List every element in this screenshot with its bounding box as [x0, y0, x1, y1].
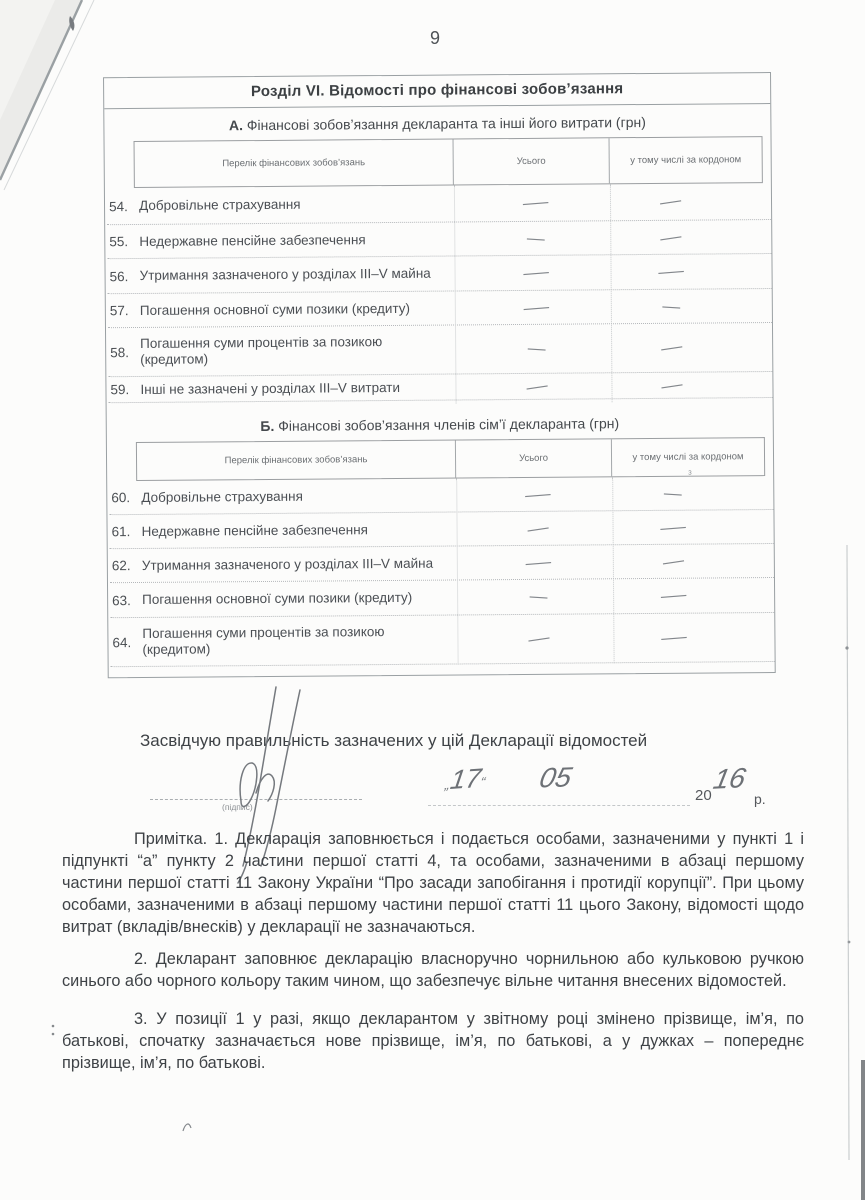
- handwritten-dash: —: [522, 267, 548, 279]
- row-label: Добровільне страхування: [135, 195, 457, 214]
- table-a-rows: 54. Добровільне страхування — — 55. Неде…: [107, 183, 773, 403]
- table-row: 54. Добровільне страхування — —: [107, 183, 771, 225]
- handwritten-dash: —: [659, 521, 685, 533]
- right-edge-speck: [845, 646, 848, 649]
- row-number: 54.: [107, 198, 135, 213]
- date-month-handwritten: 05: [536, 761, 574, 794]
- row-label-text: Недержавне пенсійне забезпечення: [142, 522, 368, 539]
- handwritten-dash: —: [523, 301, 549, 313]
- row-number: 57.: [108, 303, 136, 318]
- table-b-header: Перелік фінансових зобов’язань Усього у …: [136, 437, 765, 481]
- row-number: 59.: [108, 382, 136, 397]
- table-row: 55. Недержавне пенсійне забезпечення — —: [107, 220, 771, 259]
- row-label-text: Інші не зазначені у розділах III–V витра…: [140, 379, 400, 396]
- row-number: 61.: [110, 524, 138, 539]
- bottom-pen-tick: [183, 1124, 191, 1131]
- notes-block: Примітка. 1. Декларація заповнюється і п…: [62, 828, 804, 1074]
- corner-speck: [69, 16, 74, 31]
- table-row: 62. Утримання зазначеного у розділах III…: [110, 544, 774, 583]
- row-label-text: Утримання зазначеного у розділах III–V м…: [142, 555, 433, 572]
- total-cell: —: [457, 197, 613, 208]
- section-title: Розділ VI. Відомості про фінансові зобов…: [104, 73, 770, 109]
- total-cell: —: [460, 633, 616, 644]
- row-label-line2: (кредитом): [140, 349, 458, 367]
- abroad-cell: —: [616, 555, 774, 566]
- column-header-list: Перелік фінансових зобов’язань: [137, 440, 456, 480]
- table-row: 63. Погашення основної суми позики (кред…: [110, 578, 774, 618]
- abroad-cell: —: [614, 379, 772, 390]
- right-edge-speck-2: [848, 941, 851, 944]
- date-day-value: 17: [448, 763, 483, 795]
- row-label: Утримання зазначеного у розділах III–V м…: [138, 555, 460, 574]
- row-label-text: Погашення суми процентів за позикою: [140, 334, 382, 351]
- row-label: Погашення основної суми позики (кредиту): [138, 589, 460, 608]
- part-a-title-text: Фінансові зобов’язання декларанта та інш…: [247, 114, 646, 133]
- note-paragraph-3: 3. У позиції 1 у разі, якщо декларантом …: [62, 1008, 804, 1074]
- corner-fold-shadow: [0, 0, 82, 180]
- abroad-cell: —: [616, 590, 774, 601]
- date-close-quote: “: [479, 774, 486, 790]
- handwritten-dash: —: [525, 380, 547, 393]
- total-cell: —: [460, 523, 616, 534]
- handwritten-dash: —: [662, 301, 680, 312]
- date-year-handwritten: 16: [711, 762, 749, 796]
- row-label: Недержавне пенсійне забезпечення: [138, 521, 460, 540]
- handwritten-dash: —: [522, 197, 548, 209]
- row-number: 55.: [107, 234, 135, 249]
- handwritten-dash: —: [529, 591, 547, 602]
- right-edge-line: [847, 545, 849, 1160]
- total-cell: —: [457, 233, 613, 244]
- row-number: 62.: [110, 558, 138, 573]
- abroad-cell: —: [614, 342, 772, 353]
- table-row: 58. Погашення суми процентів за позикою(…: [108, 323, 772, 377]
- handwritten-dash: —: [660, 341, 682, 354]
- total-cell: —: [460, 591, 616, 602]
- abroad-cell: —: [614, 266, 772, 277]
- row-label: Погашення суми процентів за позикою(кред…: [136, 333, 458, 368]
- total-cell: —: [458, 267, 614, 278]
- total-cell: —: [460, 557, 616, 568]
- handwritten-dash: —: [657, 266, 683, 278]
- column-header-list: Перелік фінансових зобов’язань: [135, 139, 454, 187]
- table-b-rows: 60. Добровільне страхування — — 61. Неде…: [109, 476, 774, 667]
- margin-dot-artifact: [52, 1025, 55, 1028]
- abroad-cell: —: [613, 196, 771, 207]
- row-label-text: Добровільне страхування: [139, 197, 301, 213]
- row-label-text: Добровільне страхування: [141, 488, 303, 504]
- row-label-line2: (кредитом): [142, 639, 460, 657]
- page-number: 9: [430, 28, 440, 49]
- table-row: 56. Утримання зазначеного у розділах III…: [107, 254, 771, 294]
- row-label: Утримання зазначеного у розділах III–V м…: [136, 265, 458, 284]
- handwritten-dash: —: [663, 488, 681, 499]
- table-row: 60. Добровільне страхування — —: [109, 476, 773, 515]
- handwritten-dash: —: [527, 343, 545, 354]
- certification-statement: Засвідчую правильність зазначених у цій …: [140, 731, 720, 751]
- row-number: 58.: [108, 344, 136, 359]
- table-row: 61. Недержавне пенсійне забезпечення — —: [109, 510, 773, 549]
- row-label-text: Погашення основної суми позики (кредиту): [142, 590, 412, 607]
- total-cell: —: [458, 381, 614, 392]
- row-number: 63.: [110, 592, 138, 607]
- table-row: 64. Погашення суми процентів за позикою(…: [110, 613, 774, 667]
- part-b-letter: Б.: [260, 418, 274, 434]
- row-label-text: Недержавне пенсійне забезпечення: [139, 232, 365, 249]
- part-b-title-text: Фінансові зобов’язання членів сім’ї декл…: [278, 415, 619, 434]
- row-number: 60.: [109, 490, 137, 505]
- part-a-title: А. Фінансові зобов’язання декларанта та …: [104, 113, 770, 134]
- part-a-letter: А.: [229, 117, 243, 133]
- handwritten-dash: —: [660, 632, 686, 644]
- total-cell: —: [459, 489, 615, 500]
- handwritten-dash: —: [660, 379, 682, 392]
- abroad-cell: —: [616, 632, 774, 643]
- column-header-abroad: у тому числі за кордоном з: [612, 438, 764, 476]
- part-b-title: Б. Фінансові зобов’язання членів сім’ї д…: [107, 414, 773, 435]
- date-year-prefix: 20: [695, 787, 712, 804]
- total-cell: —: [458, 302, 614, 313]
- row-label: Недержавне пенсійне забезпечення: [135, 231, 457, 250]
- note-paragraph-2: 2. Декларант заповнює декларацію власнор…: [62, 948, 804, 992]
- note-paragraph-1: Примітка. 1. Декларація заповнюється і п…: [62, 828, 804, 938]
- column-header-total: Усього: [454, 138, 610, 184]
- scanned-declaration-page: 9 Розділ VI. Відомості про фінансові зоб…: [0, 0, 865, 1200]
- abroad-cell: —: [616, 521, 774, 532]
- row-number: 56.: [108, 268, 136, 283]
- row-label-text: Погашення основної суми позики (кредиту): [140, 300, 410, 317]
- abroad-cell: —: [615, 487, 773, 498]
- margin-dot-artifact-2: [52, 1033, 55, 1036]
- handwritten-dash: —: [526, 522, 548, 535]
- handwritten-dash: —: [527, 632, 549, 645]
- row-label: Погашення суми процентів за позикою(кред…: [138, 623, 460, 658]
- corner-fold-highlight: [0, 0, 55, 120]
- row-label-text: Утримання зазначеного у розділах III–V м…: [140, 266, 431, 283]
- handwritten-dash: —: [526, 233, 544, 244]
- table-a-header: Перелік фінансових зобов’язань Усього у …: [134, 136, 763, 188]
- handwritten-dash: —: [660, 590, 686, 602]
- right-corner-edge-strip: [861, 1060, 865, 1200]
- ink-smudge: з: [688, 468, 692, 477]
- handwritten-dash: —: [525, 556, 551, 568]
- date-year-suffix: р.: [754, 791, 766, 807]
- column-header-total: Усього: [456, 439, 612, 477]
- signature-line: [150, 786, 362, 800]
- table-row: 57. Погашення основної суми позики (кред…: [108, 289, 772, 328]
- section-vi-table: Розділ VI. Відомості про фінансові зобов…: [103, 72, 776, 678]
- table-row: 59. Інші не зазначені у розділах III–V в…: [108, 372, 772, 403]
- row-label-text: Погашення суми процентів за позикою: [142, 624, 384, 641]
- row-label: Інші не зазначені у розділах III–V витра…: [136, 379, 458, 398]
- abroad-cell: —: [613, 232, 771, 243]
- total-cell: —: [458, 343, 614, 354]
- abroad-cell: —: [614, 301, 772, 312]
- row-label: Погашення основної суми позики (кредиту): [136, 300, 458, 319]
- handwritten-dash: —: [659, 231, 681, 244]
- row-label: Добровільне страхування: [137, 487, 459, 506]
- handwritten-dash: —: [659, 195, 681, 208]
- corner-fold-line: [0, 0, 82, 180]
- signature-caption: (підпис): [222, 802, 253, 812]
- handwritten-dash: —: [662, 555, 684, 568]
- column-header-abroad: у тому числі за кордоном: [610, 137, 762, 183]
- column-header-abroad-text: у тому числі за кордоном: [632, 451, 743, 463]
- handwritten-dash: —: [524, 488, 550, 500]
- date-day-handwritten: „17“: [444, 763, 488, 797]
- corner-fold-line-soft: [4, 0, 94, 190]
- row-number: 64.: [110, 634, 138, 649]
